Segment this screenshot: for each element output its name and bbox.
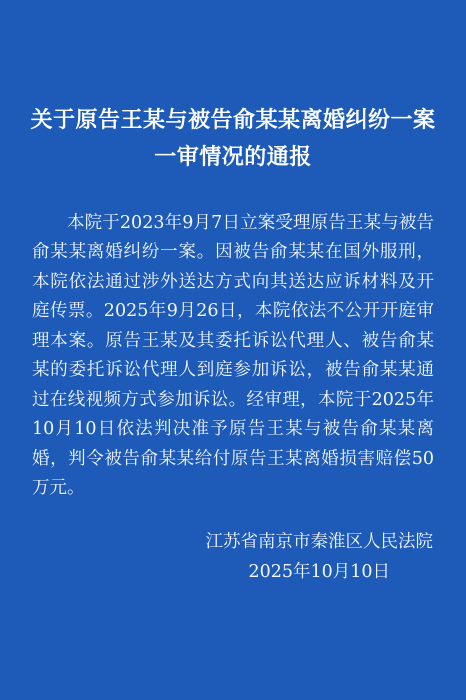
notice-body-paragraph: 本院于2023年9月7日立案受理原告王某与被告俞某某离婚纠纷一案。因被告俞某某在… [32,209,434,504]
notice-page: 关于原告王某与被告俞某某离婚纠纷一案 一审情况的通报 本院于2023年9月7日立… [0,0,466,700]
notice-date: 2025年10月10日 [206,557,434,587]
issuing-court-name: 江苏省南京市秦淮区人民法院 [206,527,434,557]
notice-title: 关于原告王某与被告俞某某离婚纠纷一案 一审情况的通报 [0,102,466,176]
notice-title-line1: 关于原告王某与被告俞某某离婚纠纷一案 [0,102,466,139]
notice-title-line2: 一审情况的通报 [0,139,466,176]
signature-block: 江苏省南京市秦淮区人民法院 2025年10月10日 [206,527,434,587]
